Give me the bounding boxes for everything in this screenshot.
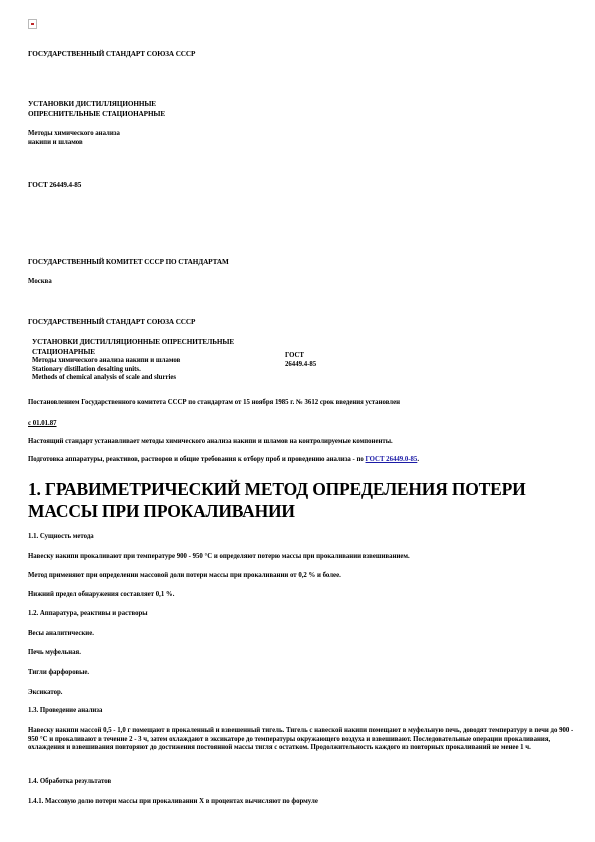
- title-block: УСТАНОВКИ ДИСТИЛЛЯЦИОННЫЕ ОПРЕСНИТЕЛЬНЫЕ…: [32, 338, 292, 383]
- section-1-1-title: 1.1. Сущность метода: [28, 533, 94, 542]
- subtitle-ru: Методы химического анализа накипи и шлам…: [32, 357, 292, 366]
- section-1-2-title: 1.2. Аппаратура, реактивы и растворы: [28, 610, 148, 619]
- city-label: Москва: [28, 278, 52, 287]
- section-1-1-p3: Нижний предел обнаружения составляет 0,1…: [28, 591, 174, 600]
- broken-image-icon: [28, 19, 37, 29]
- gost-number: ГОСТ 26449.4-85: [28, 181, 81, 191]
- prep-text: Подготовка аппаратуры, реактивов, раство…: [28, 456, 366, 463]
- committee-label: ГОСУДАРСТВЕННЫЙ КОМИТЕТ СССР ПО СТАНДАРТ…: [28, 258, 229, 268]
- equipment-item: Тигли фарфоровые.: [28, 669, 89, 678]
- section-1-1-p2: Метод применяют при определении массовой…: [28, 572, 341, 581]
- prep-end: .: [417, 456, 419, 463]
- gost-number-2: 26449.4-85: [285, 361, 355, 370]
- section-1-3-title: 1.3. Проведение анализа: [28, 707, 102, 716]
- title-en: Stationary distillation desalting units.: [32, 366, 292, 375]
- scope-text: Настоящий стандарт устанавливает методы …: [28, 438, 393, 447]
- document-subtitle-line2: накипи и шламов: [28, 139, 83, 148]
- subtitle-en: Methods of chemical analysis of scale an…: [32, 374, 292, 383]
- gost-26449-0-85-link[interactable]: ГОСТ 26449.0-85: [366, 456, 418, 463]
- section-1-1-p1: Навеску накипи прокаливают при температу…: [28, 553, 410, 562]
- document-title-line1: УСТАНОВКИ ДИСТИЛЛЯЦИОННЫЕ: [28, 100, 156, 110]
- document-subtitle-line1: Методы химического анализа: [28, 130, 120, 139]
- equipment-item: Весы аналитические.: [28, 630, 94, 639]
- standard-union-label: ГОСУДАРСТВЕННЫЙ СТАНДАРТ СОЮЗА СССР: [28, 50, 195, 60]
- decree-text: Постановлением Государственного комитета…: [28, 399, 588, 408]
- equipment-item: Эксикатор.: [28, 689, 62, 698]
- title-ru: УСТАНОВКИ ДИСТИЛЛЯЦИОННЫЕ ОПРЕСНИТЕЛЬНЫЕ…: [32, 338, 282, 357]
- section-1-4-1: 1.4.1. Массовую долю потери массы при пр…: [28, 798, 318, 807]
- section-1-heading: 1. ГРАВИМЕТРИЧЕСКИЙ МЕТОД ОПРЕДЕЛЕНИЯ ПО…: [28, 478, 573, 522]
- gost-label: ГОСТ: [285, 352, 355, 361]
- standard-union-label-2: ГОСУДАРСТВЕННЫЙ СТАНДАРТ СОЮЗА СССР: [28, 318, 195, 328]
- effective-date: с 01.01.87: [28, 420, 57, 429]
- section-1-3-paragraph: Навеску накипи массой 0,5 - 1,0 г помеща…: [28, 727, 576, 753]
- prep-paragraph: Подготовка аппаратуры, реактивов, раство…: [28, 456, 419, 465]
- equipment-item: Печь муфельная.: [28, 649, 81, 658]
- gost-block: ГОСТ 26449.4-85: [285, 352, 355, 369]
- section-1-4-title: 1.4. Обработка результатов: [28, 778, 111, 787]
- document-title-line2: ОПРЕСНИТЕЛЬНЫЕ СТАЦИОНАРНЫЕ: [28, 110, 165, 120]
